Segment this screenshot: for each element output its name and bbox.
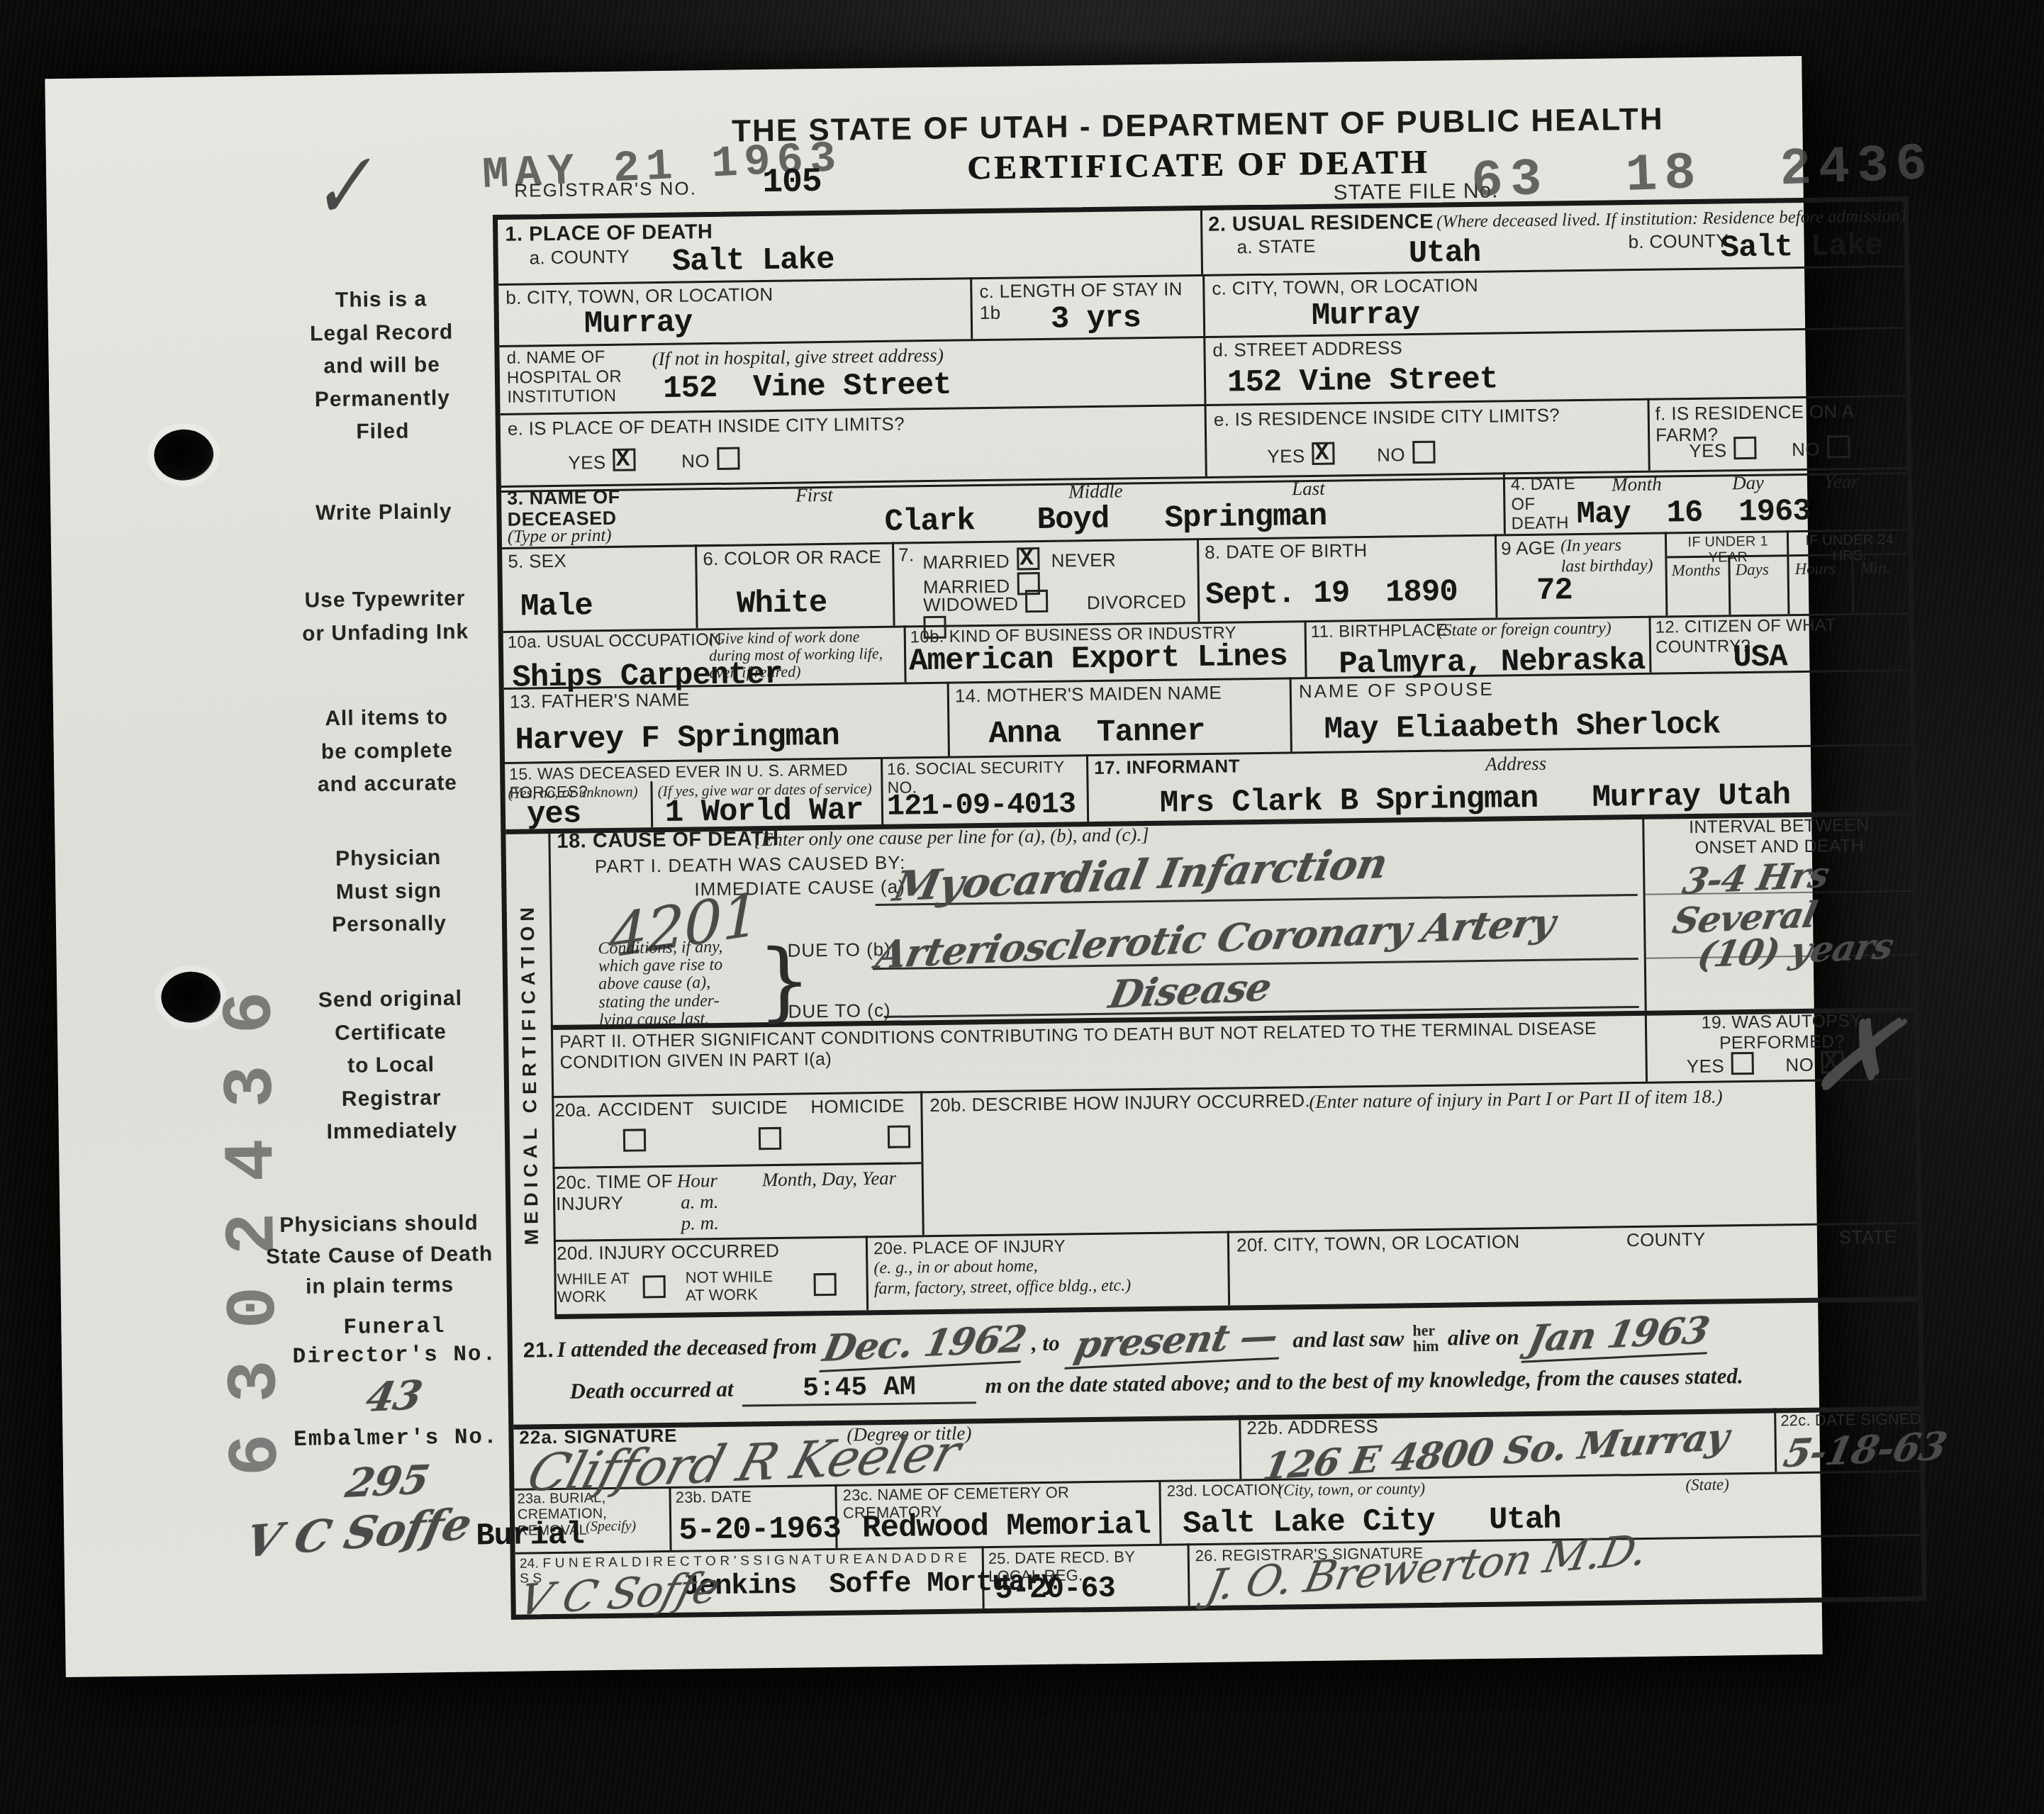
field-physician-address: 22b. ADDRESS 126 E 4800 So. Murray — [1239, 1409, 1777, 1479]
residence-state-value: Utah — [1408, 237, 1480, 271]
no-checkbox — [1827, 435, 1850, 458]
hospital-label: d. NAME OF HOSPITAL OR INSTITUTION — [506, 347, 622, 408]
yes-checkbox — [1733, 437, 1756, 459]
certificate-paper: ✓ 6302436 This is a Legal Record and wil… — [45, 56, 1822, 1677]
injury-county-label: COUNTY — [1626, 1229, 1706, 1251]
birthplace-value: Palmyra, Nebraska — [1339, 644, 1645, 681]
cause-of-death-label: 18. CAUSE OF DEATH — [557, 827, 778, 853]
attendance-text1c: and last saw — [1292, 1326, 1404, 1352]
margin-note-legal-record: This is a Legal Record and will be Perma… — [274, 282, 489, 449]
describe-injury-note: (Enter nature of injury in Part I or Par… — [1309, 1085, 1723, 1113]
interval-label: INTERVAL BETWEEN ONSET AND DEATH — [1644, 814, 1914, 858]
spouse-label: NAME OF SPOUSE — [1299, 679, 1495, 703]
field-autopsy: 19. WAS AUTOPSY PERFORMED? YES NOX ✗ — [1645, 1007, 1917, 1082]
handwritten-checkmark: ✓ — [304, 135, 378, 240]
yes-label: YES — [1687, 1055, 1725, 1077]
residence-city-limits-checkboxes: YESX NO — [1267, 441, 1435, 468]
field-armed-forces: 15. WAS DECEASED EVER IN U. S. ARMED FOR… — [505, 757, 881, 829]
place-of-injury-label: 20e. PLACE OF INJURY — [873, 1237, 1066, 1259]
attendance-text1d: alive on — [1448, 1324, 1519, 1350]
field-business-industry: 10b. KIND OF BUSINESS OR INDUSTRY Americ… — [904, 620, 1307, 682]
date-of-birth-label: 8. DATE OF BIRTH — [1205, 540, 1368, 564]
date-of-death-value: May 16 1963 — [1576, 496, 1811, 532]
cause-of-death-note: [Enter only one cause per line for (a), … — [754, 823, 1149, 851]
field-if-under-24-hrs: IF UNDER 24 HRS. Hours Min. — [1787, 529, 1911, 614]
part2-label: PART II. OTHER SIGNIFICANT CONDITIONS CO… — [559, 1018, 1624, 1073]
field-mothers-maiden-name: 14. MOTHER'S MAIDEN NAME Anna Tanner — [947, 677, 1292, 756]
field-length-of-stay: c. LENGTH OF STAY IN 1b 3 yrs — [970, 274, 1205, 339]
field-cemetery: 23c. NAME OF CEMETERY OR CREMATORY Redwo… — [834, 1480, 1161, 1548]
widowed-checkbox — [1025, 590, 1048, 612]
county-label: a. COUNTY — [530, 247, 630, 269]
margin-note-all-items: All items to be complete and accurate — [273, 700, 501, 802]
field-color-race: 6. COLOR OR RACE White — [695, 542, 895, 629]
burial-specify-note: (Specify) — [586, 1518, 636, 1535]
last-label: Last — [1292, 477, 1325, 500]
suicide-label: SUICIDE — [711, 1097, 788, 1119]
field-usual-residence: 2. USUAL RESIDENCE (Where deceased lived… — [1200, 201, 1906, 274]
pm-label: p. m. — [681, 1211, 719, 1235]
part1-label: PART I. DEATH WAS CAUSED BY: — [595, 853, 906, 878]
death-occurred-text2: m on the date stated above; and to the b… — [985, 1363, 1743, 1398]
embalmer-no-label: Embalmer's No. — [261, 1423, 530, 1455]
field-residence-city: c. CITY, TOWN, OR LOCATION Murray — [1202, 265, 1907, 336]
death-city-limits-checkboxes: YESX NO — [568, 447, 739, 474]
place-of-injury-note: (e. g., in or about home, farm, factory,… — [873, 1255, 1131, 1299]
field-accident-suicide-homicide: 20a. ACCIDENT SUICIDE HOMICIDE — [552, 1091, 921, 1169]
month-day-year-label: Month, Day, Year — [762, 1167, 897, 1192]
last-name-value: Springman — [1164, 500, 1327, 535]
first-label: First — [795, 483, 833, 507]
yes-checkbox: X — [1312, 442, 1334, 465]
physician-address-label: 22b. ADDRESS — [1246, 1416, 1378, 1439]
field-hospital: d. NAME OF HOSPITAL OR INSTITUTION (If n… — [499, 336, 1204, 413]
attended-to-value: present — — [1064, 1314, 1288, 1370]
field-birthplace: 11. BIRTHPLACE (State or foreign country… — [1304, 616, 1651, 677]
death-city-limits-label: e. IS PLACE OF DEATH INSIDE CITY LIMITS? — [508, 413, 905, 439]
no-checkbox — [717, 447, 739, 470]
injury-state-label: STATE — [1839, 1226, 1897, 1248]
punch-hole-top — [154, 429, 214, 481]
yes-label: YES — [1267, 445, 1305, 467]
married-label: MARRIED — [922, 551, 1010, 573]
no-label: NO — [1792, 439, 1820, 461]
homicide-label: HOMICIDE — [810, 1096, 905, 1119]
due-to-c-label: DUE TO (c) — [788, 1000, 890, 1023]
months-label: Months — [1671, 561, 1720, 580]
yes-label: YES — [568, 452, 606, 474]
no-label: NO — [681, 450, 710, 472]
time-of-injury-label: 20c. TIME OF INJURY — [556, 1171, 674, 1215]
fathers-name-value: Harvey F Springman — [515, 720, 839, 757]
usual-residence-title: 2. USUAL RESIDENCE — [1208, 211, 1434, 237]
middle-name-value: Boyd — [1037, 503, 1109, 537]
color-race-value: White — [737, 587, 827, 621]
medical-certification-label: MEDICAL CERTIFICATION — [516, 843, 544, 1304]
hours-label: Hours — [1794, 559, 1836, 578]
field-street-address: d. STREET ADDRESS 152 Vine Street — [1203, 327, 1908, 404]
field-place-of-death: 1. PLACE OF DEATH a. COUNTY Salt Lake — [498, 211, 1201, 284]
yes-checkmark: X — [1314, 440, 1329, 466]
middle-label: Middle — [1068, 479, 1123, 503]
sex-label: 5. SEX — [508, 551, 566, 573]
not-while-at-work-checkbox — [814, 1273, 837, 1296]
while-at-work-checkbox — [643, 1275, 666, 1298]
min-label: Min. — [1860, 559, 1890, 578]
age-label: 9 AGE — [1501, 537, 1556, 559]
field-interval-onset-death: INTERVAL BETWEEN ONSET AND DEATH 3-4 Hrs… — [1642, 811, 1916, 1011]
attended-from-value: Dec. 1962 — [819, 1317, 1029, 1372]
residence-state-label: a. STATE — [1236, 236, 1316, 258]
residence-farm-checkboxes: YES NO — [1689, 435, 1850, 462]
accident-checkbox — [623, 1129, 646, 1151]
length-of-stay-value: 3 yrs — [1051, 302, 1141, 336]
margin-note-send-original: Send original Certificate to Local Regis… — [284, 982, 498, 1149]
widowed-label: WIDOWED — [923, 593, 1019, 615]
death-occurred-text: Death occurred at — [569, 1377, 733, 1404]
field-residence-farm: f. IS RESIDENCE ON A FARM? YES NO — [1647, 395, 1909, 471]
field-place-of-injury: 20e. PLACE OF INJURY (e. g., in or about… — [866, 1231, 1230, 1311]
field-date-of-death: 4. DATE OF DEATH Month Day Year May 16 1… — [1503, 467, 1910, 534]
yes-checkbox: X — [613, 448, 635, 471]
residence-county-label: b. COUNTY — [1628, 230, 1729, 253]
accident-label: ACCIDENT — [598, 1098, 694, 1121]
date-of-birth-value: Sept. 19 1890 — [1205, 576, 1458, 612]
injury-city-label: 20f. CITY, TOWN, OR LOCATION — [1236, 1231, 1520, 1256]
injury-occurred-label: 20d. INJURY OCCURRED — [557, 1241, 780, 1265]
margin-note-physician-sign: Physician Must sign Personally — [281, 841, 496, 942]
county-value: Salt Lake — [672, 244, 834, 279]
age-note: (In years last birthday) — [1560, 535, 1653, 577]
name-title: 3. NAME OF DECEASED — [507, 486, 620, 531]
street-address-label: d. STREET ADDRESS — [1212, 337, 1402, 361]
conditions-note: Conditions, if any, which gave rise to a… — [598, 939, 724, 1029]
injury-20a-num: 20a. — [554, 1099, 591, 1121]
suicide-checkbox — [759, 1127, 781, 1150]
birthplace-note: (State or foreign country) — [1438, 618, 1612, 641]
armed-forces-value: yes — [527, 798, 581, 832]
occupation-label: 10a. USUAL OCCUPATION — [508, 630, 722, 653]
interval-b2-value: (10) years — [1694, 924, 1897, 975]
embalmer-signature: V C Soffe — [241, 1498, 476, 1568]
yes-label: YES — [1689, 439, 1727, 461]
row-injury-type: 20a. ACCIDENT SUICIDE HOMICIDE 20c. TIME… — [552, 1078, 1917, 1242]
field-social-security: 16. SOCIAL SECURITY NO. 121-09-4013 — [881, 754, 1089, 824]
funeral-director-no-label: Funeral Director's No. — [267, 1312, 523, 1372]
yes-checkmark: X — [615, 447, 630, 473]
sex-value: Male — [520, 590, 593, 624]
margin-note-use-typewriter: Use Typewriter or Unfading Ink — [257, 582, 513, 651]
homicide-checkbox — [888, 1125, 910, 1148]
while-at-work-label: WHILE AT WORK — [557, 1270, 630, 1306]
field-usual-occupation: 10a. USUAL OCCUPATION (Give kind of work… — [503, 626, 905, 688]
hospital-note: (If not in hospital, give street address… — [652, 344, 944, 371]
residence-city-label: c. CITY, TOWN, OR LOCATION — [1212, 275, 1478, 300]
margin-note-write-plainly: Write Plainly — [263, 495, 505, 531]
ssn-value: 121-09-4013 — [887, 788, 1076, 822]
age-value: 72 — [1536, 574, 1573, 608]
no-label: NO — [1377, 444, 1405, 466]
not-while-at-work-label: NOT WHILE AT WORK — [685, 1268, 773, 1304]
death-time-value: 5:45 AM — [742, 1371, 977, 1406]
first-name-value: Clark — [884, 505, 975, 539]
residence-city-limits-label: e. IS RESIDENCE INSIDE CITY LIMITS? — [1214, 405, 1560, 430]
days-label: Days — [1735, 561, 1769, 580]
field-death-city-limits: e. IS PLACE OF DEATH INSIDE CITY LIMITS?… — [501, 404, 1205, 486]
last-alive-value: Jan 1963 — [1521, 1309, 1716, 1363]
field-residence-city-limits: e. IS RESIDENCE INSIDE CITY LIMITS? YESX… — [1204, 398, 1650, 476]
field-age: 9 AGE (In years last birthday) 72 — [1495, 532, 1668, 617]
occupation-value: Ships Carpenter — [512, 659, 783, 695]
business-value: American Export Lines — [909, 640, 1288, 678]
attendance-num: 21. — [523, 1338, 554, 1362]
street-address-value: 152 Vine Street — [1227, 364, 1498, 400]
field-informant: 17. INFORMANT Address Mrs Clark B Spring… — [1086, 744, 1914, 822]
attendance-text1a: I attended the deceased from — [557, 1333, 817, 1362]
mothers-name-label: 14. MOTHER'S MAIDEN NAME — [955, 683, 1222, 707]
mothers-name-value: Anna Tanner — [988, 715, 1205, 751]
describe-injury-label: 20b. DESCRIBE HOW INJURY OCCURRED. — [929, 1090, 1310, 1116]
field-physician-signature: 22a. SIGNATURE (Degree or title) Cliffor… — [513, 1415, 1239, 1488]
no-checkbox — [1412, 441, 1435, 464]
field-marital-status: 7. MARRIEDX NEVER MARRIED WIDOWED DIVORC… — [892, 538, 1200, 626]
month-label: Month — [1612, 473, 1662, 496]
field-cause-of-death: 18. CAUSE OF DEATH [Enter only one cause… — [548, 814, 1644, 1025]
cause-b-value2: Disease — [1105, 964, 1275, 1017]
field-sex: 5. SEX Male — [502, 544, 696, 631]
field-date-signed: 22c. DATE SIGNED 5-18-63 — [1774, 1406, 1922, 1472]
citizen-value: USA — [1733, 641, 1787, 674]
informant-label: 17. INFORMANT — [1094, 756, 1240, 778]
cemetery-value: Redwood Memorial — [862, 1508, 1151, 1545]
place-of-death-title: 1. PLACE OF DEATH — [505, 220, 713, 246]
divorced-label: DIVORCED — [1087, 590, 1187, 613]
embalmer-no-value: 295 — [342, 1456, 432, 1507]
hour-label: Hour — [677, 1169, 717, 1192]
field-death-city: b. CITY, TOWN, OR LOCATION Murray — [498, 277, 971, 345]
field-registrar-signature: 26. REGISTRAR'S SIGNATURE J. O. Brewerto… — [1188, 1534, 1924, 1606]
field-funeral-director: 24. F U N E R A L D I R E C T O R ' S S … — [515, 1546, 983, 1615]
field-if-under-1-year: IF UNDER 1 YEAR Months Days — [1665, 530, 1790, 615]
date-of-death-label: 4. DATE OF DEATH — [1511, 474, 1576, 534]
residence-county-value: Salt Lake — [1720, 230, 1882, 264]
margin-note-plain-terms: Physicians should State Cause of Death i… — [223, 1206, 536, 1303]
burial-date-value: 5-20-1963 — [678, 1513, 841, 1547]
year-label: Year — [1824, 470, 1859, 493]
informant-address-label: Address — [1485, 752, 1546, 776]
burial-type-value: Burial — [476, 1519, 584, 1553]
color-race-label: 6. COLOR OR RACE — [703, 547, 881, 570]
burial-location-value: Salt Lake City Utah — [1183, 1504, 1561, 1541]
date-signed-value: 5-18-63 — [1780, 1423, 1950, 1476]
birthplace-label: 11. BIRTHPLACE — [1311, 620, 1448, 642]
marital-num: 7. — [898, 544, 915, 566]
married-checkbox: X — [1017, 547, 1039, 570]
married-checkmark: X — [1020, 545, 1034, 571]
row-cause-of-death: 18. CAUSE OF DEATH [Enter only one cause… — [548, 811, 1914, 1030]
field-injury-city: 20f. CITY, TOWN, OR LOCATION COUNTY STAT… — [1227, 1222, 1920, 1306]
day-label: Day — [1732, 471, 1764, 495]
spouse-value: May Eliaabeth Sherlock — [1324, 708, 1720, 746]
field-time-of-injury: 20c. TIME OF INJURY Hour a. m. p. m. Mon… — [553, 1164, 922, 1240]
registrar-no-label: REGISTRAR'S NO. — [514, 178, 697, 201]
death-city-value: Murray — [584, 306, 693, 340]
cause-b-value1: Arteriosclerotic Coronary Artery — [872, 900, 1558, 978]
war-value: 1 World War — [665, 794, 864, 829]
hospital-value: 152 Vine Street — [663, 369, 951, 406]
her-him-label: her him — [1412, 1323, 1439, 1354]
autopsy-no-cross: ✗ — [1805, 990, 1904, 1121]
yes-checkbox — [1731, 1052, 1754, 1075]
name-note: (Type or print) — [508, 525, 612, 548]
residence-city-value: Murray — [1312, 298, 1420, 332]
funeral-director-value: Jenkins Soffe Mortuary — [682, 1568, 1058, 1603]
certificate-form: 1. PLACE OF DEATH a. COUNTY Salt Lake 2.… — [493, 196, 1927, 1620]
field-date-of-birth: 8. DATE OF BIRTH Sept. 19 1890 — [1197, 534, 1498, 622]
am-label: a. m. — [681, 1190, 719, 1214]
field-citizen: 12. CITIZEN OF WHAT COUNTRY? USA — [1648, 612, 1911, 673]
burial-location-state-note: (State) — [1685, 1475, 1729, 1494]
funeral-director-no-value: 43 — [362, 1372, 426, 1421]
attendance-text1b: , to — [1032, 1331, 1060, 1356]
field-injury-occurred: 20d. INJURY OCCURRED WHILE AT WORK NOT W… — [554, 1236, 866, 1314]
field-describe-injury: 20b. DESCRIBE HOW INJURY OCCURRED. (Ente… — [920, 1078, 1919, 1235]
